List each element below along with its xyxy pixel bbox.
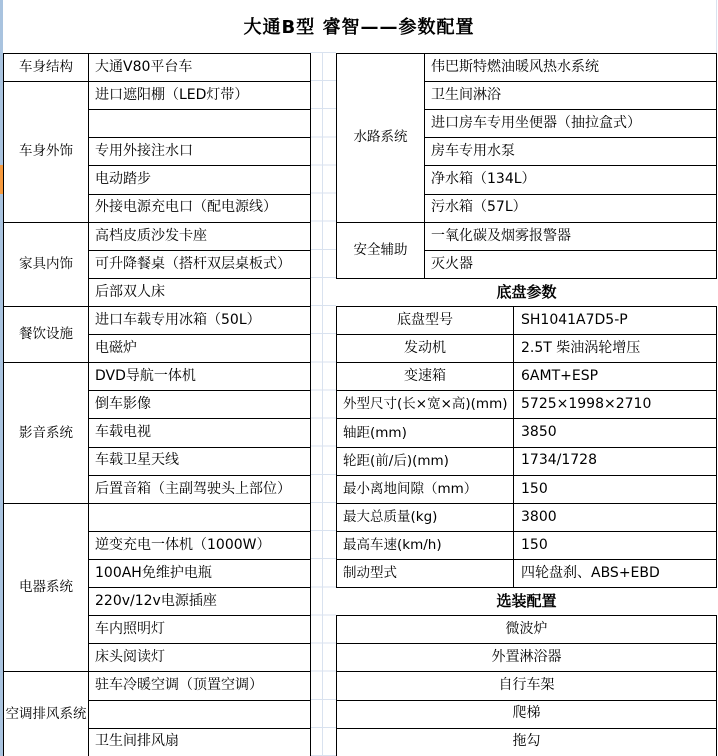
table-row: 外置淋浴器 (337, 644, 717, 672)
item-cell[interactable]: 倒车影像 (89, 391, 311, 419)
spec-value-cell[interactable]: 3800 (514, 503, 717, 531)
table-row: 餐饮设施进口车载专用冰箱（50L） (4, 306, 311, 334)
category-cell[interactable]: 电器系统 (4, 503, 89, 672)
table-row: 底盘型号SH1041A7D5-P (337, 306, 717, 334)
table-row: 最大总质量(kg)3800 (337, 503, 717, 531)
item-cell[interactable]: 车内照明灯 (89, 616, 311, 644)
table-row: 轴距(mm)3850 (337, 419, 717, 447)
spec-value-cell[interactable]: 1734/1728 (514, 447, 717, 475)
gridline-gap-column (310, 52, 336, 756)
item-cell[interactable]: 后置音箱（主副驾驶头上部位） (89, 475, 311, 503)
option-cell[interactable]: 拖勾 (337, 728, 717, 756)
category-cell[interactable]: 空调排风系统 (4, 672, 89, 756)
table-row: 发动机2.5T 柴油涡轮增压 (337, 335, 717, 363)
item-cell[interactable]: 一氧化碳及烟雾报警器 (425, 222, 717, 250)
item-cell[interactable]: 净水箱（134L） (425, 166, 717, 194)
item-cell[interactable]: 后部双人床 (89, 278, 311, 306)
table-row: 自行车架 (337, 672, 717, 700)
spec-label-cell[interactable]: 发动机 (337, 335, 514, 363)
table-row: 外型尺寸(长×宽×高)(mm)5725×1998×2710 (337, 391, 717, 419)
table-row: 安全辅助一氧化碳及烟雾报警器 (337, 222, 717, 250)
item-cell[interactable]: 车载卫星天线 (89, 447, 311, 475)
item-cell[interactable]: 外接电源充电口（配电源线） (89, 194, 311, 222)
item-cell[interactable]: 卫生间淋浴 (425, 82, 717, 110)
table-row: 家具内饰高档皮质沙发卡座 (4, 222, 311, 250)
spec-value-cell[interactable]: 150 (514, 475, 717, 503)
table-row: 车身外饰进口遮阳棚（LED灯带） (4, 82, 311, 110)
item-cell[interactable] (89, 110, 311, 138)
table-row: 拖勾 (337, 728, 717, 756)
spec-label-cell[interactable]: 轴距(mm) (337, 419, 514, 447)
table-row: 空调排风系统驻车冷暖空调（顶置空调） (4, 672, 311, 700)
table-row: 底盘参数 (337, 278, 717, 306)
table-row: 车身结构大通V80平台车 (4, 54, 311, 82)
item-cell[interactable]: 高档皮质沙发卡座 (89, 222, 311, 250)
item-cell[interactable]: 污水箱（57L） (425, 194, 717, 222)
spec-label-cell[interactable]: 最小离地间隙（mm） (337, 475, 514, 503)
item-cell[interactable]: 房车专用水泵 (425, 138, 717, 166)
spec-label-cell[interactable]: 轮距(前/后)(mm) (337, 447, 514, 475)
table-row: 变速箱6AMT+ESP (337, 363, 717, 391)
spec-value-cell[interactable]: 6AMT+ESP (514, 363, 717, 391)
category-cell[interactable]: 餐饮设施 (4, 306, 89, 362)
category-cell[interactable]: 家具内饰 (4, 222, 89, 306)
item-cell[interactable]: 专用外接注水口 (89, 138, 311, 166)
section-header-cell[interactable]: 选装配置 (337, 588, 717, 616)
page-title: 大通B型 睿智——参数配置 (0, 0, 718, 52)
spec-value-cell[interactable]: 150 (514, 531, 717, 559)
left-config-table: 车身结构大通V80平台车车身外饰进口遮阳棚（LED灯带）专用外接注水口电动踏步外… (3, 53, 311, 756)
option-cell[interactable]: 自行车架 (337, 672, 717, 700)
table-row: 电器系统 (4, 503, 311, 531)
table-row: 最高车速(km/h)150 (337, 531, 717, 559)
spec-label-cell[interactable]: 外型尺寸(长×宽×高)(mm) (337, 391, 514, 419)
gap-column-gridline (322, 53, 323, 756)
spec-value-cell[interactable]: 2.5T 柴油涡轮增压 (514, 335, 717, 363)
item-cell[interactable]: 伟巴斯特燃油暖风热水系统 (425, 54, 717, 82)
table-row: 影音系统DVD导航一体机 (4, 363, 311, 391)
item-cell[interactable]: 卫生间排风扇 (89, 728, 311, 756)
category-cell[interactable]: 影音系统 (4, 363, 89, 504)
spec-label-cell[interactable]: 底盘型号 (337, 306, 514, 334)
item-cell[interactable]: 大通V80平台车 (89, 54, 311, 82)
item-cell[interactable]: 电动踏步 (89, 166, 311, 194)
spec-label-cell[interactable]: 最高车速(km/h) (337, 531, 514, 559)
item-cell[interactable]: 100AH免维护电瓶 (89, 559, 311, 587)
table-row: 选装配置 (337, 588, 717, 616)
item-cell[interactable]: 220v/12v电源插座 (89, 588, 311, 616)
category-cell[interactable]: 安全辅助 (337, 222, 425, 278)
item-cell[interactable]: 灭火器 (425, 250, 717, 278)
item-cell[interactable]: 可升降餐桌（搭杆双层桌板式） (89, 250, 311, 278)
item-cell[interactable]: 车载电视 (89, 419, 311, 447)
item-cell[interactable]: 进口房车专用坐便器（抽拉盒式） (425, 110, 717, 138)
option-cell[interactable]: 外置淋浴器 (337, 644, 717, 672)
item-cell[interactable]: 进口车载专用冰箱（50L） (89, 306, 311, 334)
item-cell[interactable]: 逆变充电一体机（1000W） (89, 531, 311, 559)
item-cell[interactable]: 进口遮阳棚（LED灯带） (89, 82, 311, 110)
spec-label-cell[interactable]: 变速箱 (337, 363, 514, 391)
item-cell[interactable] (89, 503, 311, 531)
spec-label-cell[interactable]: 制动型式 (337, 559, 514, 587)
item-cell[interactable] (89, 700, 311, 728)
item-cell[interactable]: DVD导航一体机 (89, 363, 311, 391)
section-header-cell[interactable]: 底盘参数 (337, 278, 717, 306)
spec-value-cell[interactable]: 3850 (514, 419, 717, 447)
item-cell[interactable]: 床头阅读灯 (89, 644, 311, 672)
option-cell[interactable]: 微波炉 (337, 616, 717, 644)
table-row: 微波炉 (337, 616, 717, 644)
item-cell[interactable]: 驻车冷暖空调（顶置空调） (89, 672, 311, 700)
spec-label-cell[interactable]: 最大总质量(kg) (337, 503, 514, 531)
table-row: 水路系统伟巴斯特燃油暖风热水系统 (337, 54, 717, 82)
table-row: 最小离地间隙（mm）150 (337, 475, 717, 503)
option-cell[interactable]: 爬梯 (337, 700, 717, 728)
item-cell[interactable]: 电磁炉 (89, 335, 311, 363)
spreadsheet-sheet: 大通B型 睿智——参数配置 车身结构大通V80平台车车身外饰进口遮阳棚（LED灯… (0, 0, 718, 756)
spec-value-cell[interactable]: 5725×1998×2710 (514, 391, 717, 419)
right-config-table: 水路系统伟巴斯特燃油暖风热水系统卫生间淋浴进口房车专用坐便器（抽拉盒式）房车专用… (336, 53, 717, 756)
table-row: 轮距(前/后)(mm)1734/1728 (337, 447, 717, 475)
spec-value-cell[interactable]: SH1041A7D5-P (514, 306, 717, 334)
spec-value-cell[interactable]: 四轮盘刹、ABS+EBD (514, 559, 717, 587)
category-cell[interactable]: 车身外饰 (4, 82, 89, 223)
category-cell[interactable]: 车身结构 (4, 54, 89, 82)
category-cell[interactable]: 水路系统 (337, 54, 425, 223)
table-row: 制动型式四轮盘刹、ABS+EBD (337, 559, 717, 587)
table-row: 爬梯 (337, 700, 717, 728)
